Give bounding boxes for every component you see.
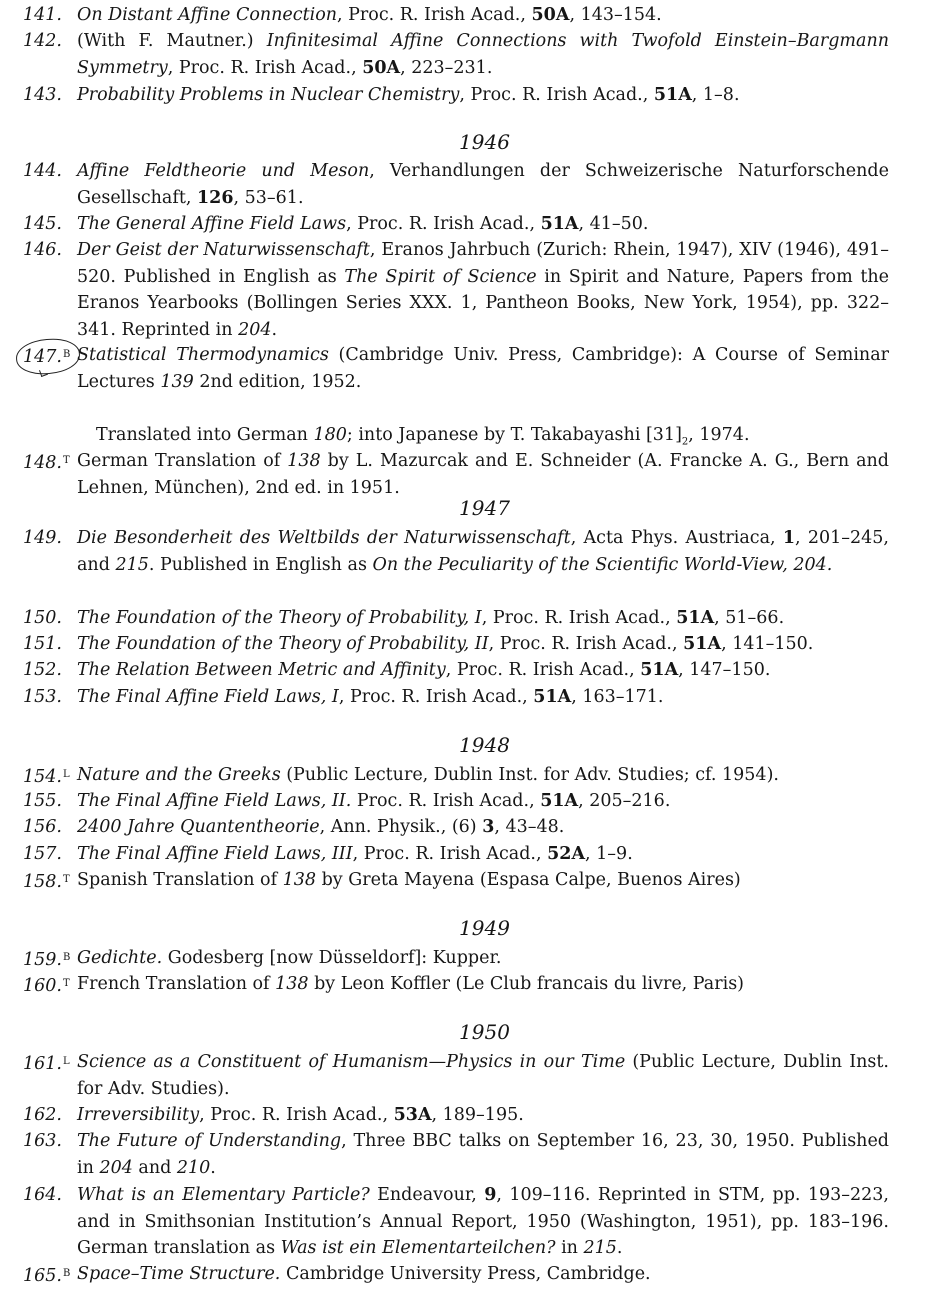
entry-source: , Proc. R. Irish Acad., — [489, 634, 683, 654]
entry-150: 150. The Foundation of the Theory of Pro… — [77, 605, 889, 632]
entry-source-2: and — [133, 1158, 177, 1178]
entry-volume: 51A — [654, 85, 692, 105]
entry-type-mark: T — [63, 978, 70, 989]
entry-title: 2400 Jahre Quantentheorie — [77, 817, 320, 837]
entry-number: 142. — [23, 28, 62, 55]
entry-source-3: . Published in English as — [149, 555, 373, 575]
entry-title: The Final Affine Field Laws, I — [77, 687, 339, 707]
entry-160: 160.T French Translation of 138 by Leon … — [77, 971, 889, 998]
entry-cross-ref: 138 — [275, 974, 308, 994]
entry-146: 146. Der Geist der Naturwissenschaft, Er… — [77, 237, 889, 343]
translation-note: Translated into German — [96, 425, 313, 445]
entry-157: 157. The Final Affine Field Laws, III, P… — [77, 841, 889, 868]
entry-154: 154.L Nature and the Greeks (Public Lect… — [77, 762, 889, 789]
entry-number: 149. — [23, 525, 62, 552]
entry-number: 163. — [23, 1128, 62, 1155]
entry-number: 146. — [23, 237, 62, 264]
entry-title: The Foundation of the Theory of Probabil… — [77, 608, 482, 628]
entry-volume: 126 — [197, 188, 234, 208]
entry-cross-ref: 215 — [584, 1238, 617, 1258]
entry-title: Affine Feldtheorie und Meson — [77, 161, 369, 181]
entry-number-text: 160. — [23, 976, 62, 996]
entry-source: French Translation of — [77, 974, 275, 994]
entry-number: 145. — [23, 211, 62, 238]
entry-cross-ref-2: 210 — [177, 1158, 210, 1178]
entry-source-3: in — [556, 1238, 584, 1258]
entry-german-title: Was ist ein Elementarteilchen? — [281, 1238, 556, 1258]
entry-source: , Proc. R. Irish Acad., — [459, 85, 653, 105]
entry-number: 161.L — [23, 1049, 70, 1078]
entry-coauthor: (With F. Mautner.) — [77, 31, 267, 51]
entry-pages: , 189–195. — [432, 1105, 524, 1125]
entry-end: . — [272, 320, 278, 340]
year-heading-1947: 1947 — [0, 496, 949, 520]
entry-end: . — [210, 1158, 216, 1178]
entry-type-mark: B — [63, 1268, 70, 1279]
entry-pages: , 43–48. — [494, 817, 564, 837]
entry-source: Spanish Translation of — [77, 870, 283, 890]
entry-163: 163. The Future of Understanding, Three … — [77, 1128, 889, 1181]
entry-title: The Final Affine Field Laws, II. — [77, 791, 351, 811]
entry-source: , Proc. R. Irish Acad., — [446, 660, 640, 680]
entry-142: 142. (With F. Mautner.) Infinitesimal Af… — [77, 28, 889, 81]
entry-164: 164. What is an Elementary Particle? End… — [77, 1182, 889, 1262]
entry-145: 145. The General Affine Field Laws, Proc… — [77, 211, 889, 238]
entry-number: 165.B — [23, 1261, 70, 1290]
entry-pages: , 163–171. — [571, 687, 663, 707]
entry-type-mark: T — [63, 874, 70, 885]
entry-number-text: 148. — [23, 453, 62, 473]
entry-volume: 51A — [541, 214, 579, 234]
entry-title: Space–Time Structure. — [77, 1264, 280, 1284]
entry-title: On Distant Affine Connection — [77, 5, 337, 25]
entry-159: 159.B Gedichte. Godesberg [now Düsseldor… — [77, 945, 889, 972]
entry-147: 147.B Statistical Thermodynamics (Cambri… — [77, 342, 889, 395]
entry-number: 147.B — [23, 342, 70, 371]
entry-english-title: On the Peculiarity of the Scientific Wor… — [373, 555, 833, 575]
entry-165: 165.B Space–Time Structure. Cambridge Un… — [77, 1261, 889, 1288]
entry-cross-ref: 215 — [115, 555, 148, 575]
year-heading-1948: 1948 — [0, 733, 949, 757]
entry-number: 158.T — [23, 867, 70, 896]
entry-158: 158.T Spanish Translation of 138 by Gret… — [77, 867, 889, 894]
entry-source-2: by Greta Mayena (Espasa Calpe, Buenos Ai… — [316, 870, 741, 890]
entry-volume: 3 — [482, 817, 494, 837]
year-heading-1946: 1946 — [0, 130, 949, 154]
entry-161: 161.L Science as a Constituent of Humani… — [77, 1049, 889, 1102]
entry-number-text: 158. — [23, 872, 62, 892]
entry-number: 162. — [23, 1102, 62, 1129]
translation-note-2: ; into Japanese by T. Takabayashi [31] — [347, 425, 682, 445]
entry-152: 152. The Relation Between Metric and Aff… — [77, 657, 889, 684]
entry-volume: 51A — [683, 634, 721, 654]
entry-type-mark: T — [63, 455, 70, 466]
entry-148: 148.T German Translation of 138 by L. Ma… — [77, 448, 889, 501]
entry-volume: 51A — [676, 608, 714, 628]
entry-source: , Proc. R. Irish Acad., — [346, 214, 540, 234]
entry-title: Nature and the Greeks — [77, 765, 281, 785]
year-heading-1950: 1950 — [0, 1020, 949, 1044]
entry-type-mark: L — [63, 1056, 70, 1067]
entry-title: The General Affine Field Laws — [77, 214, 346, 234]
entry-source: German Translation of — [77, 451, 287, 471]
entry-title: Der Geist der Naturwissenschaft — [77, 240, 370, 260]
entry-number: 159.B — [23, 945, 70, 974]
entry-pages: , 205–216. — [578, 791, 670, 811]
entry-number-text: 159. — [23, 950, 62, 970]
entry-pages: , 1–8. — [692, 85, 740, 105]
entry-source: Godesberg [now Düsseldorf]: Kupper. — [162, 948, 501, 968]
entry-title: What is an Elementary Particle? — [77, 1185, 370, 1205]
entry-source: , Ann. Physik., (6) — [320, 817, 483, 837]
entry-source: Endeavour, — [370, 1185, 484, 1205]
entry-number-text: 161. — [23, 1054, 62, 1074]
entry-pages: , 1–9. — [585, 844, 633, 864]
entry-source: , Proc. R. Irish Acad., — [337, 5, 531, 25]
entry-volume: 50A — [532, 5, 570, 25]
entry-title: Science as a Constituent of Humanism—Phy… — [77, 1052, 625, 1072]
entry-title: Die Besonderheit des Weltbilds der Natur… — [77, 528, 571, 548]
entry-title: Gedichte. — [77, 948, 162, 968]
entry-volume: 50A — [362, 58, 400, 78]
entry-number: 153. — [23, 684, 62, 711]
entry-number: 143. — [23, 82, 62, 109]
entry-162: 162. Irreversibility, Proc. R. Irish Aca… — [77, 1102, 889, 1129]
entry-english-title: The Spirit of Science — [344, 267, 536, 287]
entry-pages: , 51–66. — [714, 608, 784, 628]
entry-number: 160.T — [23, 971, 70, 1000]
entry-volume: 51A — [640, 660, 678, 680]
entry-cross-ref: 204 — [99, 1158, 132, 1178]
entry-number-text: 147. — [23, 347, 62, 367]
entry-number: 144. — [23, 158, 62, 185]
year-heading-1949: 1949 — [0, 916, 949, 940]
entry-title: Statistical Thermodynamics — [77, 345, 329, 365]
entry-source: , Proc. R. Irish Acad., — [199, 1105, 393, 1125]
entry-source: , Proc. R. Irish Acad., — [482, 608, 676, 628]
entry-number: 141. — [23, 2, 62, 29]
entry-source: , Proc. R. Irish Acad., — [168, 58, 362, 78]
entry-source-2: 2nd edition, 1952. — [194, 372, 362, 392]
entry-144: 144. Affine Feldtheorie und Meson, Verha… — [77, 158, 889, 211]
entry-pages: , 41–50. — [579, 214, 649, 234]
entry-number: 152. — [23, 657, 62, 684]
entry-volume: 9 — [484, 1185, 496, 1205]
entry-number: 150. — [23, 605, 62, 632]
entry-pages: , 147–150. — [678, 660, 770, 680]
entry-volume: 51A — [540, 791, 578, 811]
entry-number: 154.L — [23, 762, 70, 791]
entry-volume: 53A — [394, 1105, 432, 1125]
entry-volume: 52A — [547, 844, 585, 864]
entry-number: 148.T — [23, 448, 70, 477]
entry-volume: 1 — [783, 528, 795, 548]
entry-cross-ref: 180 — [313, 425, 346, 445]
entry-141: 141. On Distant Affine Connection, Proc.… — [77, 2, 889, 29]
entry-number-text: 154. — [23, 767, 62, 787]
entry-156: 156. 2400 Jahre Quantentheorie, Ann. Phy… — [77, 814, 889, 841]
entry-149: 149. Die Besonderheit des Weltbilds der … — [77, 525, 889, 578]
entry-type-mark: B — [63, 349, 70, 360]
entry-type-mark: B — [63, 952, 70, 963]
entry-title: The Relation Between Metric and Affinity — [77, 660, 446, 680]
entry-title: Probability Problems in Nuclear Chemistr… — [77, 85, 459, 105]
entry-source: (Public Lecture, Dublin Inst. for Adv. S… — [281, 765, 779, 785]
entry-title: The Final Affine Field Laws, III — [77, 844, 353, 864]
entry-number: 155. — [23, 788, 62, 815]
entry-title: The Future of Understanding — [77, 1131, 341, 1151]
entry-number: 157. — [23, 841, 62, 868]
entry-cross-ref: 204 — [238, 320, 271, 340]
entry-end: . — [617, 1238, 623, 1258]
entry-pages: , 223–231. — [400, 58, 492, 78]
entry-title: Irreversibility — [77, 1105, 199, 1125]
entry-source: , Proc. R. Irish Acad., — [353, 844, 547, 864]
entry-source: Cambridge University Press, Cambridge. — [280, 1264, 650, 1284]
entry-pages: , 141–150. — [721, 634, 813, 654]
entry-cross-ref: 138 — [283, 870, 316, 890]
entry-title: The Foundation of the Theory of Probabil… — [77, 634, 489, 654]
entry-cross-ref: 139 — [160, 372, 193, 392]
entry-source-2: by Leon Koffler (Le Club francais du liv… — [309, 974, 744, 994]
entry-number: 156. — [23, 814, 62, 841]
entry-143: 143. Probability Problems in Nuclear Che… — [77, 82, 889, 109]
entry-source: , Acta Phys. Austriaca, — [571, 528, 783, 548]
entry-pages: , 143–154. — [569, 5, 661, 25]
entry-155: 155. The Final Affine Field Laws, II. Pr… — [77, 788, 889, 815]
entry-volume: 51A — [533, 687, 571, 707]
entry-source: Proc. R. Irish Acad., — [351, 791, 540, 811]
entry-151: 151. The Foundation of the Theory of Pro… — [77, 631, 889, 658]
translation-note-end: , 1974. — [688, 425, 749, 445]
entry-source: , Proc. R. Irish Acad., — [339, 687, 533, 707]
entry-pages: , 53–61. — [234, 188, 304, 208]
entry-type-mark: L — [63, 769, 70, 780]
entry-number-text: 165. — [23, 1266, 62, 1286]
entry-153: 153. The Final Affine Field Laws, I, Pro… — [77, 684, 889, 711]
entry-cross-ref: 138 — [287, 451, 320, 471]
entry-number: 151. — [23, 631, 62, 658]
entry-number: 164. — [23, 1182, 62, 1209]
